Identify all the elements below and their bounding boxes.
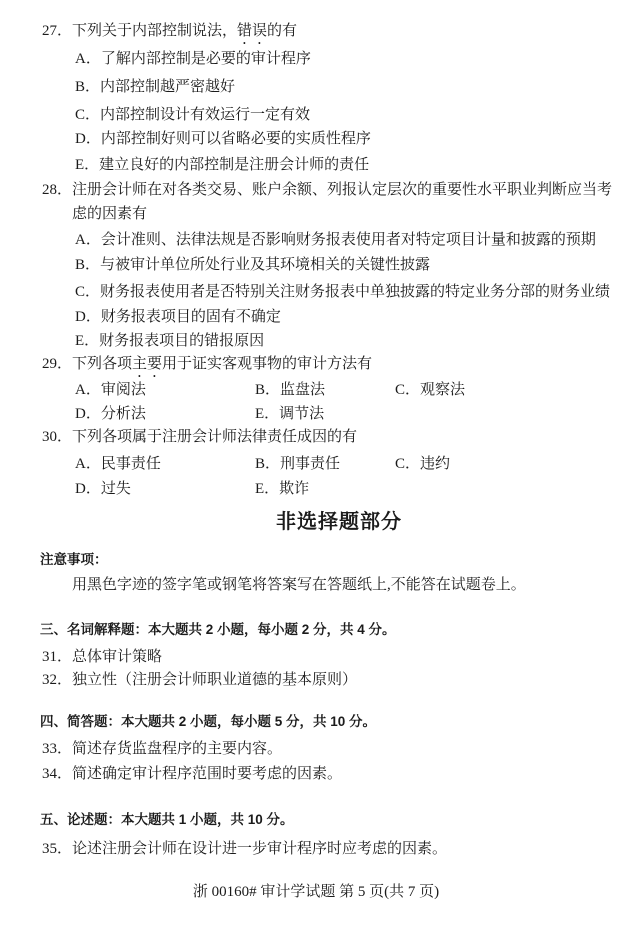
q29-option-d: D．分析法	[75, 403, 255, 425]
q30-options-row-1: A．民事责任 B．刑事责任 C．违约	[0, 453, 632, 475]
item-33-text: 简述存货监盘程序的主要内容。	[72, 738, 282, 760]
section-4-heading: 四、简答题：本大题共 2 小题，每小题 5 分，共 10 分。	[0, 711, 632, 733]
item-32-text: 独立性（注册会计师职业道德的基本原则）	[72, 669, 357, 691]
q30-options-row-2: D．过失 E．欺诈	[0, 478, 632, 500]
q27-option-d: D．内部控制好则可以省略必要的实质性程序	[0, 128, 632, 150]
q30-option-b: B．刑事责任	[255, 453, 395, 475]
section-header: 非选择题部分	[0, 509, 632, 535]
question-29-text-prefix: 下列各项	[72, 356, 132, 372]
q29-option-b: B．监盘法	[255, 379, 395, 401]
question-28: 28． 注册会计师在对各类交易、账户余额、列报认定层次的重要性水平职业判断应当考…	[0, 178, 632, 226]
exam-document-page: 27． 下列关于内部控制说法，错误的有 A．了解内部控制是必要的审计程序 B．内…	[0, 0, 632, 932]
question-29: 29． 下列各项主要用于证实客观事物的审计方法有	[0, 353, 632, 375]
question-30-text: 下列各项属于注册会计师法律责任成因的有	[72, 426, 357, 448]
item-35: 35． 论述注册会计师在设计进一步审计程序时应考虑的因素。	[0, 838, 632, 860]
item-34-text: 简述确定审计程序范围时要考虑的因素。	[72, 763, 342, 785]
q27-option-c: C．内部控制设计有效运行一定有效	[0, 104, 632, 126]
q28-option-a: A．会计准则、法律法规是否影响财务报表使用者对特定项目计量和披露的预期	[0, 229, 632, 251]
q30-option-d: D．过失	[75, 478, 255, 500]
item-33: 33． 简述存货监盘程序的主要内容。	[0, 738, 632, 760]
q29-options-row-2: D．分析法 E．调节法	[0, 403, 632, 425]
question-28-text: 注册会计师在对各类交易、账户余额、列报认定层次的重要性水平职业判断应当考虑的因素…	[72, 178, 618, 226]
item-31: 31． 总体审计策略	[0, 646, 632, 668]
q28-option-b: B．与被审计单位所处行业及其环境相关的关键性披露	[0, 254, 632, 276]
item-31-number: 31．	[42, 646, 72, 668]
question-27-text: 下列关于内部控制说法，错误的有	[72, 20, 297, 42]
q27-option-b: B．内部控制越严密越好	[0, 76, 632, 98]
section-5-heading: 五、论述题：本大题共 1 小题，共 10 分。	[0, 809, 632, 831]
q28-option-c: C．财务报表使用者是否特别关注财务报表中单独披露的特定业务分部的财务业绩	[0, 281, 632, 303]
notice-body: 用黑色字迹的签字笔或钢笔将答案写在答题纸上,不能答在试题卷上。	[0, 574, 632, 596]
q29-option-a: A．审阅法	[75, 379, 255, 401]
question-29-number: 29．	[42, 353, 72, 375]
item-35-text: 论述注册会计师在设计进一步审计程序时应考虑的因素。	[72, 838, 447, 860]
item-32: 32． 独立性（注册会计师职业道德的基本原则）	[0, 669, 632, 691]
q29-option-c: C．观察法	[395, 379, 465, 401]
q28-option-d: D．财务报表项目的固有不确定	[0, 306, 632, 328]
q29-options-row-1: A．审阅法 B．监盘法 C．观察法	[0, 379, 632, 401]
question-29-emphasized-word: 主要	[132, 356, 162, 372]
question-30-number: 30．	[42, 426, 72, 448]
item-35-number: 35．	[42, 838, 72, 860]
question-29-text-suffix: 用于证实客观事物的审计方法有	[162, 356, 372, 372]
question-27-number: 27．	[42, 20, 72, 42]
question-27-text-prefix: 下列关于内部控制说法，	[72, 23, 237, 39]
q27-option-a: A．了解内部控制是必要的审计程序	[0, 48, 632, 70]
q28-option-e: E．财务报表项目的错报原因	[0, 330, 632, 352]
notice-title: 注意事项：	[0, 549, 632, 571]
item-32-number: 32．	[42, 669, 72, 691]
q30-option-e: E．欺诈	[255, 478, 395, 500]
item-34: 34． 简述确定审计程序范围时要考虑的因素。	[0, 763, 632, 785]
q27-option-e: E．建立良好的内部控制是注册会计师的责任	[0, 154, 632, 176]
question-28-number: 28．	[42, 178, 72, 226]
page-footer: 浙 00160# 审计学试题 第 5 页(共 7 页)	[0, 881, 632, 903]
question-29-text: 下列各项主要用于证实客观事物的审计方法有	[72, 353, 372, 375]
question-27-text-suffix: 的有	[267, 23, 297, 39]
q29-option-e: E．调节法	[255, 403, 395, 425]
question-27: 27． 下列关于内部控制说法，错误的有	[0, 20, 632, 42]
section-3-heading: 三、名词解释题：本大题共 2 小题，每小题 2 分，共 4 分。	[0, 619, 632, 641]
q30-option-a: A．民事责任	[75, 453, 255, 475]
question-30: 30． 下列各项属于注册会计师法律责任成因的有	[0, 426, 632, 448]
item-31-text: 总体审计策略	[72, 646, 162, 668]
question-27-emphasized-word: 错误	[237, 23, 267, 39]
item-34-number: 34．	[42, 763, 72, 785]
item-33-number: 33．	[42, 738, 72, 760]
q30-option-c: C．违约	[395, 453, 450, 475]
